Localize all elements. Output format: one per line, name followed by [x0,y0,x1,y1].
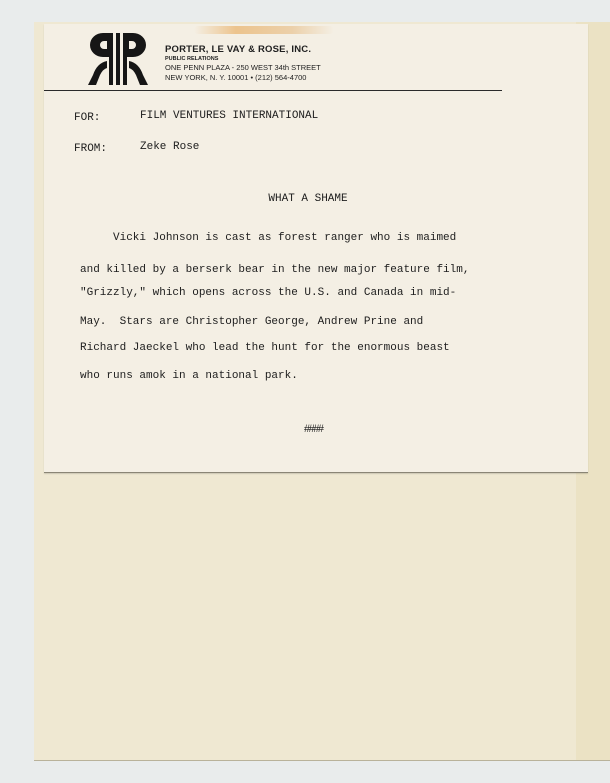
body-line: "Grizzly," which opens across the U.S. a… [80,287,456,299]
from-label: FROM: [74,143,107,155]
release-title: WHAT A SHAME [44,193,572,205]
company-address-line1: ONE PENN PLAZA - 250 WEST 34th STREET [165,63,321,72]
body-line: Richard Jaeckel who lead the hunt for th… [80,342,450,354]
body-line: who runs amok in a national park. [80,370,298,382]
company-name: PORTER, LE VAY & ROSE, INC. [165,44,321,55]
end-mark: #### [44,424,582,436]
company-address-line2: NEW YORK, N. Y. 10001 • (212) 564-4700 [165,73,321,82]
for-value: FILM VENTURES INTERNATIONAL [140,110,318,122]
tape-stain [194,26,334,34]
letterhead-rule [44,90,502,91]
for-label: FOR: [74,112,100,124]
press-release-sheet: PORTER, LE VAY & ROSE, INC. PUBLIC RELAT… [44,24,588,473]
rr-monogram-logo [86,31,150,86]
body-line: and killed by a berserk bear in the new … [80,264,469,276]
company-department: PUBLIC RELATIONS [165,56,321,62]
body-line: May. Stars are Christopher George, Andre… [80,316,423,328]
from-value: Zeke Rose [140,141,199,153]
company-block: PORTER, LE VAY & ROSE, INC. PUBLIC RELAT… [165,44,321,82]
body-line: Vicki Johnson is cast as forest ranger w… [80,232,456,244]
